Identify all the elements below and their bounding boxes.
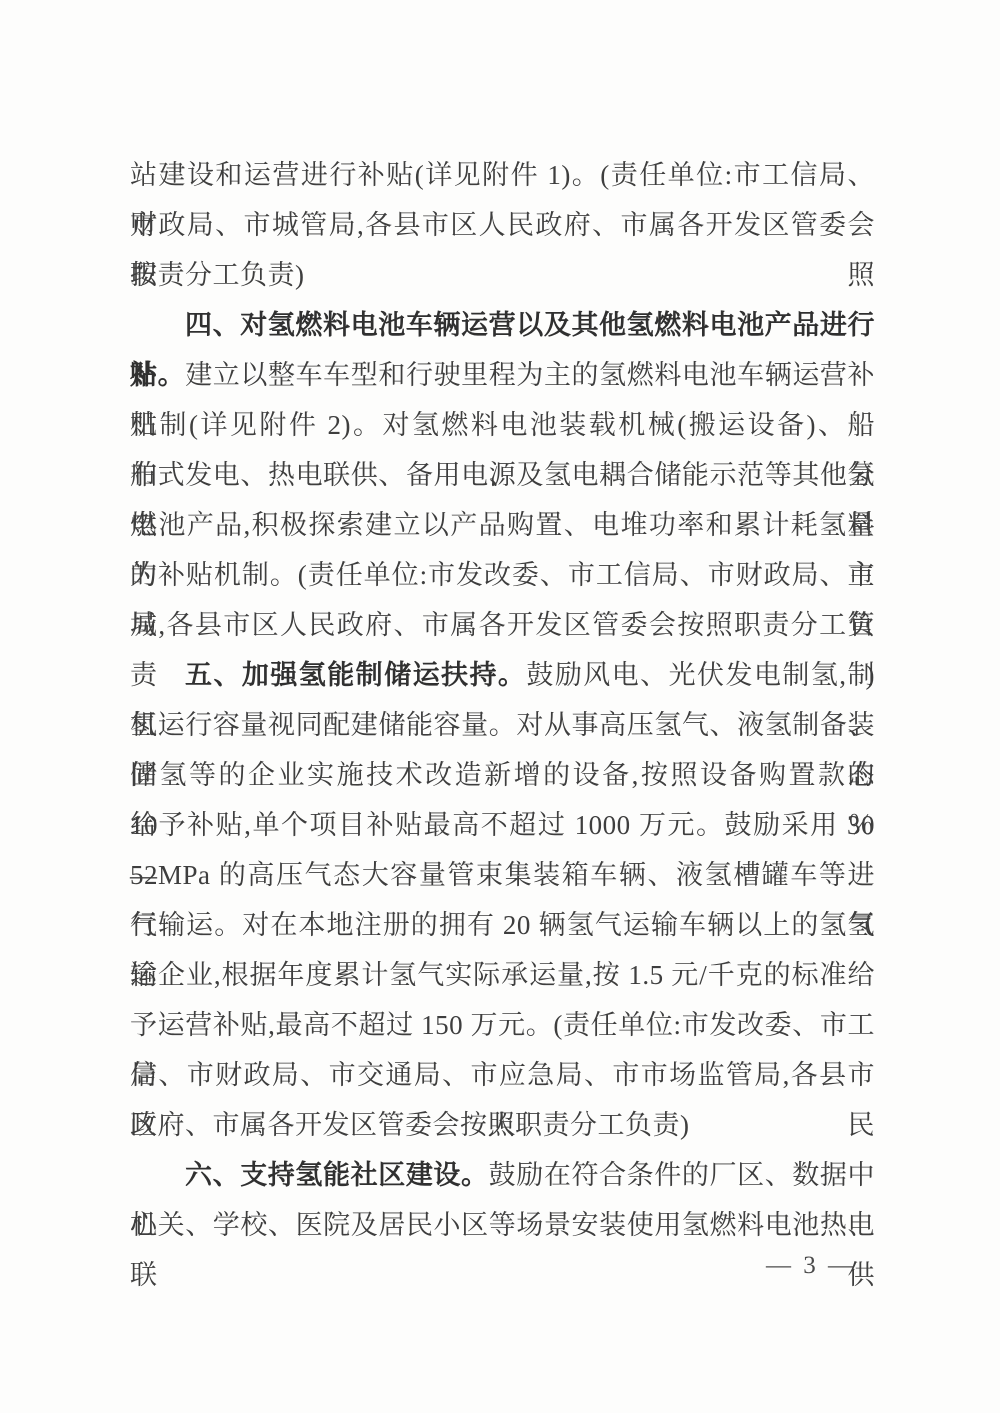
text-line: 电池产品,积极探索建立以产品购置、电堆功率和累计耗氢量为主 [130,500,875,550]
page-number: — 3 — [752,1250,867,1282]
paragraph-section-4-vehicle-operation-subsidy: 四、对氢燃料电池车辆运营以及其他氢燃料电池产品进行补贴。建立以整车车型和行驶里程… [130,300,875,650]
paragraph-continuation-station-subsidy: 站建设和运营进行补贴(详见附件 1)。(责任单位:市工信局、市财政局、市城管局,… [130,150,875,300]
text-line: 六、支持氢能社区建设。鼓励在符合条件的厂区、数据中心、 [130,1150,875,1200]
section-heading-text: 五、加强氢能制储运扶持。 [185,660,526,690]
text-line: 五、加强氢能制储运扶持。鼓励风电、光伏发电制氢,制氢装 [130,650,875,700]
text-line: 四、对氢燃料电池车辆运营以及其他氢燃料电池产品进行补 [130,300,875,350]
text-line: 给予补贴,单个项目补贴最高不超过 1000 万元。鼓励采用 30— [130,800,875,850]
text-line: 予运营补贴,最高不超过 150 万元。(责任单位:市发改委、市工信 [130,1000,875,1050]
text-line: 的补贴机制。(责任单位:市发改委、市工信局、市财政局、市城管 [130,550,875,600]
text-line: 机制(详见附件 2)。对氢燃料电池装载机械(搬运设备)、船舶、分 [130,400,875,450]
document-page: 站建设和运营进行补贴(详见附件 1)。(责任单位:市工信局、市财政局、市城管局,… [0,0,1000,1413]
text-line: 贴。建立以整车车型和行驶里程为主的氢燃料电池车辆运营补贴 [130,350,875,400]
text-line: 气输运。对在本地注册的拥有 20 辆氢气运输车辆以上的氢气运 [130,900,875,950]
text-line: 站建设和运营进行补贴(详见附件 1)。(责任单位:市工信局、市 [130,150,875,200]
text-line: 局、市财政局、市交通局、市应急局、市市场监管局,各县市区人民 [130,1050,875,1100]
text-line: 机关、学校、医院及居民小区等场景安装使用氢燃料电池热电联供 [130,1200,875,1250]
paragraph-section-5-hydrogen-storage-transport: 五、加强氢能制储运扶持。鼓励风电、光伏发电制氢,制氢装机运行容量视同配建储能容量… [130,650,875,1150]
text-line: 储氢等的企业实施技术改造新增的设备,按照设备购置款的 10％ [130,750,875,800]
body-text: 职责分工负责) [130,260,305,290]
body-text: 输企业,根据年度累计氢气实际承运量,按 1.5 元/千克的标准给 [130,960,875,990]
text-block: 站建设和运营进行补贴(详见附件 1)。(责任单位:市工信局、市财政局、市城管局,… [130,150,875,1250]
text-line: 局,各县市区人民政府、市属各开发区管委会按照职责分工负责) [130,600,875,650]
text-line: 财政局、市城管局,各县市区人民政府、市属各开发区管委会按照 [130,200,875,250]
text-line: 布式发电、热电联供、备用电源及氢电耦合储能示范等其他氢燃料 [130,450,875,500]
section-heading-text: 贴。 [130,360,185,390]
text-line: 机运行容量视同配建储能容量。对从事高压氢气、液氢制备、固态 [130,700,875,750]
text-line: 输企业,根据年度累计氢气实际承运量,按 1.5 元/千克的标准给 [130,950,875,1000]
body-text: 政府、市属各开发区管委会按照职责分工负责) [130,1110,690,1140]
section-heading-text: 六、支持氢能社区建设。 [185,1160,489,1190]
paragraph-section-6-hydrogen-community: 六、支持氢能社区建设。鼓励在符合条件的厂区、数据中心、机关、学校、医院及居民小区… [130,1150,875,1250]
text-line: 52MPa 的高压气态大容量管束集装箱车辆、液氢槽罐车等进行氢 [130,850,875,900]
